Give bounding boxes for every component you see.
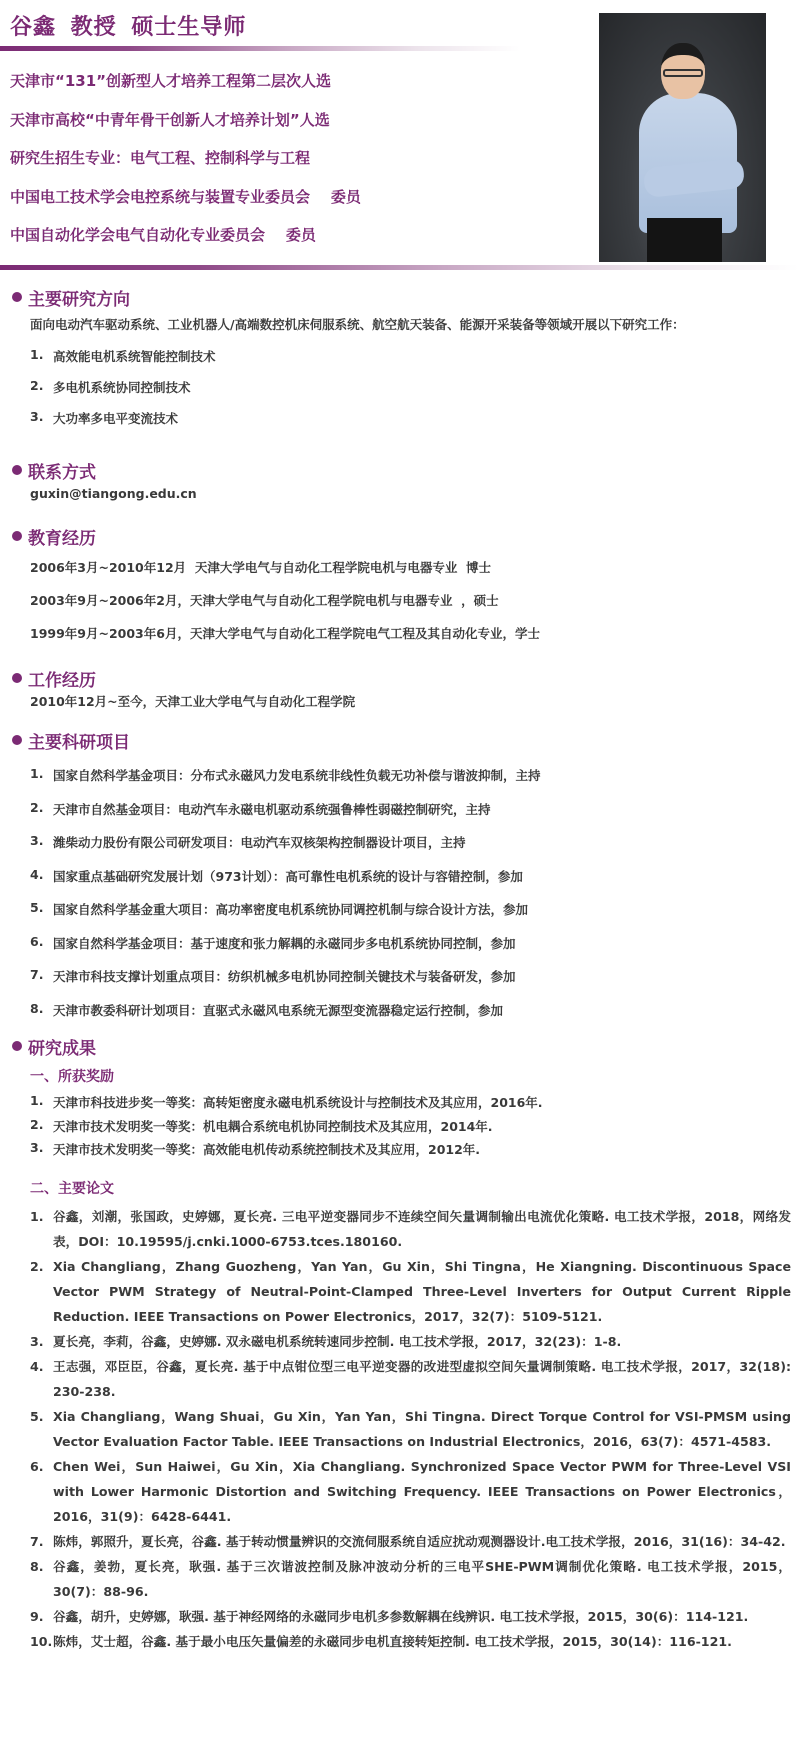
list-item: 3.天津市技术发明奖一等奖：高效能电机传动系统控制技术及其应用，2012年.	[0, 1140, 799, 1164]
section-research-direction: 主要研究方向 面向电动汽车驱动系统、工业机器人/高端数控机床伺服系统、航空航天装…	[0, 285, 799, 440]
section-heading: 主要研究方向	[0, 285, 799, 309]
honor-item: 中国自动化学会电气自动化专业委员会 委员	[10, 224, 361, 263]
section-title: 工作经历	[28, 666, 96, 691]
awards-subheading: 一、所获奖励	[0, 1066, 799, 1088]
papers-subheading: 二、主要论文	[0, 1178, 799, 1200]
email-link[interactable]: guxin@tiangong.edu.cn	[0, 486, 799, 501]
list-item: 1.高效能电机系统智能控制技术	[0, 347, 799, 378]
list-item: 6.国家自然科学基金项目：基于速度和张力解耦的永磁同步多电机系统协同控制，参加	[0, 934, 799, 968]
section-work: 工作经历 2010年12月~至今，天津工业大学电气与自动化工程学院	[0, 666, 799, 710]
honor-item: 研究生招生专业：电气工程、控制科学与工程	[10, 147, 361, 186]
section-heading: 主要科研项目	[0, 728, 799, 752]
research-list: 1.高效能电机系统智能控制技术 2.多电机系统协同控制技术 3.大功率多电平变流…	[0, 347, 799, 440]
list-item: 1.国家自然科学基金项目：分布式永磁风力发电系统非线性负载无功补偿与谐波抑制，主…	[0, 766, 799, 800]
paper-item: 4.王志强，邓臣臣，谷鑫，夏长亮. 基于中点钳位型三电平逆变器的改进型虚拟空间矢…	[0, 1354, 799, 1404]
paper-item: 5.Xia Changliang，Wang Shuai，Gu Xin，Yan Y…	[0, 1404, 799, 1454]
research-intro: 面向电动汽车驱动系统、工业机器人/高端数控机床伺服系统、航空航天装备、能源开采装…	[0, 315, 799, 333]
awards-list: 1.天津市科技进步奖一等奖：高转矩密度永磁电机系统设计与控制技术及其应用，201…	[0, 1093, 799, 1164]
paper-item: 6.Chen Wei，Sun Haiwei，Gu Xin，Xia Changli…	[0, 1454, 799, 1529]
list-item: 3.大功率多电平变流技术	[0, 409, 799, 440]
list-item: 2.多电机系统协同控制技术	[0, 378, 799, 409]
list-item: 8.天津市教委科研计划项目：直驱式永磁风电系统无源型变流器稳定运行控制，参加	[0, 1001, 799, 1035]
projects-list: 1.国家自然科学基金项目：分布式永磁风力发电系统非线性负载无功补偿与谐波抑制，主…	[0, 766, 799, 1034]
page-title: 谷鑫 教授 硕士生导师	[10, 10, 246, 41]
paper-item: 7.陈炜，郭照升，夏长亮，谷鑫. 基于转动惯量辨识的交流伺服系统自适应扰动观测器…	[0, 1529, 799, 1554]
list-item: 5.国家自然科学基金重大项目：高功率密度电机系统协同调控机制与综合设计方法，参加	[0, 900, 799, 934]
section-heading: 联系方式	[0, 458, 799, 482]
paper-item: 3.夏长亮，李莉，谷鑫，史婷娜. 双永磁电机系统转速同步控制. 电工技术学报，2…	[0, 1329, 799, 1354]
paper-item: 10.陈炜，艾士超，谷鑫. 基于最小电压矢量偏差的永磁同步电机直接转矩控制. 电…	[0, 1629, 799, 1654]
profile-header: 谷鑫 教授 硕士生导师 天津市“131”创新型人才培养工程第二层次人选 天津市高…	[0, 0, 799, 270]
bullet-icon	[12, 465, 22, 475]
section-heading: 工作经历	[0, 666, 799, 690]
honor-item: 中国电工技术学会电控系统与装置专业委员会 委员	[10, 186, 361, 225]
honors-list: 天津市“131”创新型人才培养工程第二层次人选 天津市高校“中青年骨干创新人才培…	[10, 70, 361, 263]
paper-item: 2.Xia Changliang，Zhang Guozheng，Yan Yan，…	[0, 1254, 799, 1329]
section-projects: 主要科研项目 1.国家自然科学基金项目：分布式永磁风力发电系统非线性负载无功补偿…	[0, 728, 799, 1034]
section-title: 联系方式	[28, 458, 96, 483]
bullet-icon	[12, 531, 22, 541]
bullet-icon	[12, 673, 22, 683]
education-item: 2003年9月~2006年2月，天津大学电气与自动化工程学院电机与电器专业 ，硕…	[0, 591, 799, 624]
honor-item: 天津市高校“中青年骨干创新人才培养计划”人选	[10, 109, 361, 148]
section-title: 主要研究方向	[28, 285, 130, 310]
section-heading: 研究成果	[0, 1034, 799, 1058]
bullet-icon	[12, 735, 22, 745]
education-item: 2006年3月~2010年12月 天津大学电气与自动化工程学院电机与电器专业 博…	[0, 558, 799, 591]
list-item: 2.天津市自然基金项目：电动汽车永磁电机驱动系统强鲁棒性弱磁控制研究，主持	[0, 800, 799, 834]
bullet-icon	[12, 1041, 22, 1051]
paper-item: 1.谷鑫，刘潮，张国政，史婷娜，夏长亮. 三电平逆变器同步不连续空间矢量调制输出…	[0, 1204, 799, 1254]
portrait-photo	[599, 13, 766, 262]
section-title: 主要科研项目	[28, 728, 130, 753]
list-item: 4.国家重点基础研究发展计划（973计划）：高可靠性电机系统的设计与容错控制，参…	[0, 867, 799, 901]
photo-glasses	[663, 69, 703, 77]
title-divider	[0, 46, 520, 51]
work-item: 2010年12月~至今，天津工业大学电气与自动化工程学院	[0, 692, 799, 710]
paper-item: 8.谷鑫，姜勃，夏长亮，耿强. 基于三次谐波控制及脉冲波动分析的三电平SHE-P…	[0, 1554, 799, 1604]
list-item: 2.天津市技术发明奖一等奖：机电耦合系统电机协同控制技术及其应用，2014年.	[0, 1117, 799, 1141]
section-achievements: 研究成果 一、所获奖励 1.天津市科技进步奖一等奖：高转矩密度永磁电机系统设计与…	[0, 1034, 799, 1654]
bullet-icon	[12, 292, 22, 302]
honor-item: 天津市“131”创新型人才培养工程第二层次人选	[10, 70, 361, 109]
section-education: 教育经历 2006年3月~2010年12月 天津大学电气与自动化工程学院电机与电…	[0, 524, 799, 657]
papers-list: 1.谷鑫，刘潮，张国政，史婷娜，夏长亮. 三电平逆变器同步不连续空间矢量调制输出…	[0, 1204, 799, 1654]
section-contact: 联系方式 guxin@tiangong.edu.cn	[0, 458, 799, 501]
paper-item: 9.谷鑫，胡升，史婷娜，耿强. 基于神经网络的永磁同步电机多参数解耦在线辨识. …	[0, 1604, 799, 1629]
header-divider	[0, 265, 799, 270]
section-title: 研究成果	[28, 1034, 96, 1059]
list-item: 7.天津市科技支撑计划重点项目：纺织机械多电机协同控制关键技术与装备研发，参加	[0, 967, 799, 1001]
photo-trousers	[647, 218, 722, 262]
list-item: 1.天津市科技进步奖一等奖：高转矩密度永磁电机系统设计与控制技术及其应用，201…	[0, 1093, 799, 1117]
list-item: 3.潍柴动力股份有限公司研发项目：电动汽车双核架构控制器设计项目，主持	[0, 833, 799, 867]
section-heading: 教育经历	[0, 524, 799, 548]
education-item: 1999年9月~2003年6月，天津大学电气与自动化工程学院电气工程及其自动化专…	[0, 624, 799, 657]
section-title: 教育经历	[28, 524, 96, 549]
